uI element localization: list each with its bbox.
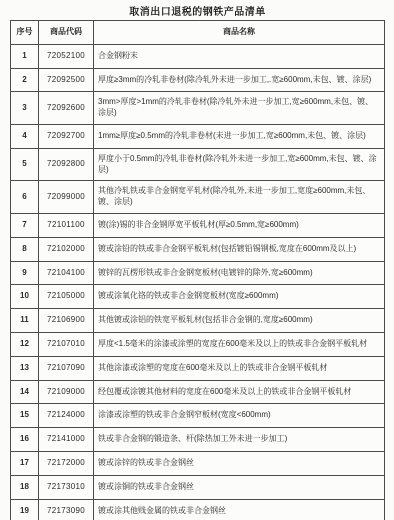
row-index-cell: 9 (11, 261, 39, 285)
row-product-name-cell: 1mm≥厚度≥0.5mm的冷轧非卷材(未进一步加工,宽≥600mm,未包、镀、涂… (94, 124, 385, 148)
row-product-code-cell: 72107010 (39, 332, 94, 356)
table-row: 4720927001mm≥厚度≥0.5mm的冷轧非卷材(未进一步加工,宽≥600… (11, 124, 385, 148)
row-product-code-cell: 72141000 (39, 428, 94, 452)
row-product-code-cell: 72102000 (39, 237, 94, 261)
row-product-name-cell: 镀或涂锌的铁或非合金钢丝 (94, 451, 385, 475)
table-row: 572092800厚度小于0.5mm的冷轧非卷材(除冷轧外未进一步加工,宽≥60… (11, 148, 385, 181)
row-product-name-cell: 厚度小于0.5mm的冷轧非卷材(除冷轧外未进一步加工,宽≥600mm,未包、镀、… (94, 148, 385, 181)
row-product-name-cell: 镀(涂)锡的非合金钢厚宽平板轧材(厚≥0.5mm,宽≥600mm) (94, 213, 385, 237)
row-product-code-cell: 72092600 (39, 92, 94, 125)
row-product-code-cell: 72092500 (39, 68, 94, 92)
document-page: 取消出口退税的钢铁产品清单 序号 商品代码 商品名称 172052100合金钢粉… (0, 0, 394, 520)
row-product-code-cell: 72099000 (39, 181, 94, 214)
row-product-name-cell: 其他涂漆或涂塑的宽度在600毫米及以上的铁或非合金钢平板轧材 (94, 356, 385, 380)
table-row: 972104100镀锌的瓦楞形铁或非合金钢宽板材(电镀锌的除外,宽≥600mm) (11, 261, 385, 285)
row-index-cell: 16 (11, 428, 39, 452)
row-product-code-cell: 72173090 (39, 499, 94, 520)
table-row: 1772172000镀或涂锌的铁或非合金钢丝 (11, 451, 385, 475)
row-product-code-cell: 72104100 (39, 261, 94, 285)
row-index-cell: 12 (11, 332, 39, 356)
products-table: 序号 商品代码 商品名称 172052100合金钢粉末272092500厚度≥3… (10, 20, 385, 520)
row-index-cell: 5 (11, 148, 39, 181)
row-index-cell: 7 (11, 213, 39, 237)
row-product-name-cell: 3mm>厚度>1mm的冷轧非卷材(除冷轧外未进一步加工,宽≥600mm,未包、镀… (94, 92, 385, 125)
row-index-cell: 17 (11, 451, 39, 475)
table-body: 172052100合金钢粉末272092500厚度≥3mm的冷轧非卷材(除冷轧外… (11, 44, 385, 520)
row-product-code-cell: 72092700 (39, 124, 94, 148)
row-product-code-cell: 72124000 (39, 404, 94, 428)
row-product-name-cell: 经包覆或涂镀其他材料的宽度在600毫米及以上的铁或非合金钢平板轧材 (94, 380, 385, 404)
table-row: 872102000镀或涂铅的铁或非合金钢平板轧材(包括镀铅锡钢板,宽度在600m… (11, 237, 385, 261)
row-product-name-cell: 镀或涂铅的铁或非合金钢平板轧材(包括镀铅锡钢板,宽度在600mm及以上) (94, 237, 385, 261)
row-index-cell: 2 (11, 68, 39, 92)
row-product-name-cell: 涂漆或涂塑的铁或非合金钢窄板材(宽度<600mm) (94, 404, 385, 428)
row-product-name-cell: 镀或涂氧化铬的铁或非合金钢宽板材(宽度≥600mm) (94, 285, 385, 309)
header-cell-product-name: 商品名称 (94, 21, 385, 45)
row-product-code-cell: 72052100 (39, 44, 94, 68)
row-index-cell: 18 (11, 475, 39, 499)
table-row: 1472109000经包覆或涂镀其他材料的宽度在600毫米及以上的铁或非合金钢平… (11, 380, 385, 404)
table-row: 1972173090镀或涂其他贱金属的铁或非合金钢丝 (11, 499, 385, 520)
table-header: 序号 商品代码 商品名称 (11, 21, 385, 45)
row-product-name-cell: 厚度<1.5毫米的涂漆或涂塑的宽度在600毫米及以上的铁或非合金钢平板轧材 (94, 332, 385, 356)
table-row: 3720926003mm>厚度>1mm的冷轧非卷材(除冷轧外未进一步加工,宽≥6… (11, 92, 385, 125)
table-row: 772101100镀(涂)锡的非合金钢厚宽平板轧材(厚≥0.5mm,宽≥600m… (11, 213, 385, 237)
page-title: 取消出口退税的钢铁产品清单 (10, 2, 385, 20)
table-row: 1872173010镀或涂铜的铁或非合金钢丝 (11, 475, 385, 499)
row-index-cell: 14 (11, 380, 39, 404)
row-product-name-cell: 铁或非合金钢的锻造条、杆(除热加工外未进一步加工) (94, 428, 385, 452)
row-index-cell: 11 (11, 309, 39, 333)
row-product-code-cell: 72107090 (39, 356, 94, 380)
row-product-name-cell: 镀锌的瓦楞形铁或非合金钢宽板材(电镀锌的除外,宽≥600mm) (94, 261, 385, 285)
row-product-name-cell: 合金钢粉末 (94, 44, 385, 68)
table-row: 1672141000铁或非合金钢的锻造条、杆(除热加工外未进一步加工) (11, 428, 385, 452)
row-product-name-cell: 镀或涂其他贱金属的铁或非合金钢丝 (94, 499, 385, 520)
row-index-cell: 3 (11, 92, 39, 125)
header-cell-index: 序号 (11, 21, 39, 45)
header-row: 序号 商品代码 商品名称 (11, 21, 385, 45)
row-product-code-cell: 72106900 (39, 309, 94, 333)
row-product-code-cell: 72101100 (39, 213, 94, 237)
table-row: 1572124000涂漆或涂塑的铁或非合金钢窄板材(宽度<600mm) (11, 404, 385, 428)
row-product-code-cell: 72109000 (39, 380, 94, 404)
table-row: 1272107010厚度<1.5毫米的涂漆或涂塑的宽度在600毫米及以上的铁或非… (11, 332, 385, 356)
row-product-name-cell: 其他镀或涂铝的铁宽平板轧材(包括非合金钢的,宽度≥600mm) (94, 309, 385, 333)
row-product-name-cell: 其他冷轧铁或非合金钢宽平轧材(除冷轧外,未进一步加工,宽度≥600mm,未包、镀… (94, 181, 385, 214)
row-index-cell: 15 (11, 404, 39, 428)
table-row: 1172106900其他镀或涂铝的铁宽平板轧材(包括非合金钢的,宽度≥600mm… (11, 309, 385, 333)
table-row: 1372107090其他涂漆或涂塑的宽度在600毫米及以上的铁或非合金钢平板轧材 (11, 356, 385, 380)
row-index-cell: 13 (11, 356, 39, 380)
row-index-cell: 19 (11, 499, 39, 520)
row-product-code-cell: 72172000 (39, 451, 94, 475)
row-index-cell: 8 (11, 237, 39, 261)
row-index-cell: 10 (11, 285, 39, 309)
table-row: 1072105000镀或涂氧化铬的铁或非合金钢宽板材(宽度≥600mm) (11, 285, 385, 309)
table-row: 172052100合金钢粉末 (11, 44, 385, 68)
header-cell-product-code: 商品代码 (39, 21, 94, 45)
row-product-code-cell: 72105000 (39, 285, 94, 309)
table-row: 672099000其他冷轧铁或非合金钢宽平轧材(除冷轧外,未进一步加工,宽度≥6… (11, 181, 385, 214)
row-product-name-cell: 厚度≥3mm的冷轧非卷材(除冷轧外未进一步加工,.宽≥600mm,未包、镀、涂层… (94, 68, 385, 92)
table-row: 272092500厚度≥3mm的冷轧非卷材(除冷轧外未进一步加工,.宽≥600m… (11, 68, 385, 92)
row-index-cell: 4 (11, 124, 39, 148)
row-index-cell: 6 (11, 181, 39, 214)
row-index-cell: 1 (11, 44, 39, 68)
row-product-name-cell: 镀或涂铜的铁或非合金钢丝 (94, 475, 385, 499)
row-product-code-cell: 72092800 (39, 148, 94, 181)
row-product-code-cell: 72173010 (39, 475, 94, 499)
